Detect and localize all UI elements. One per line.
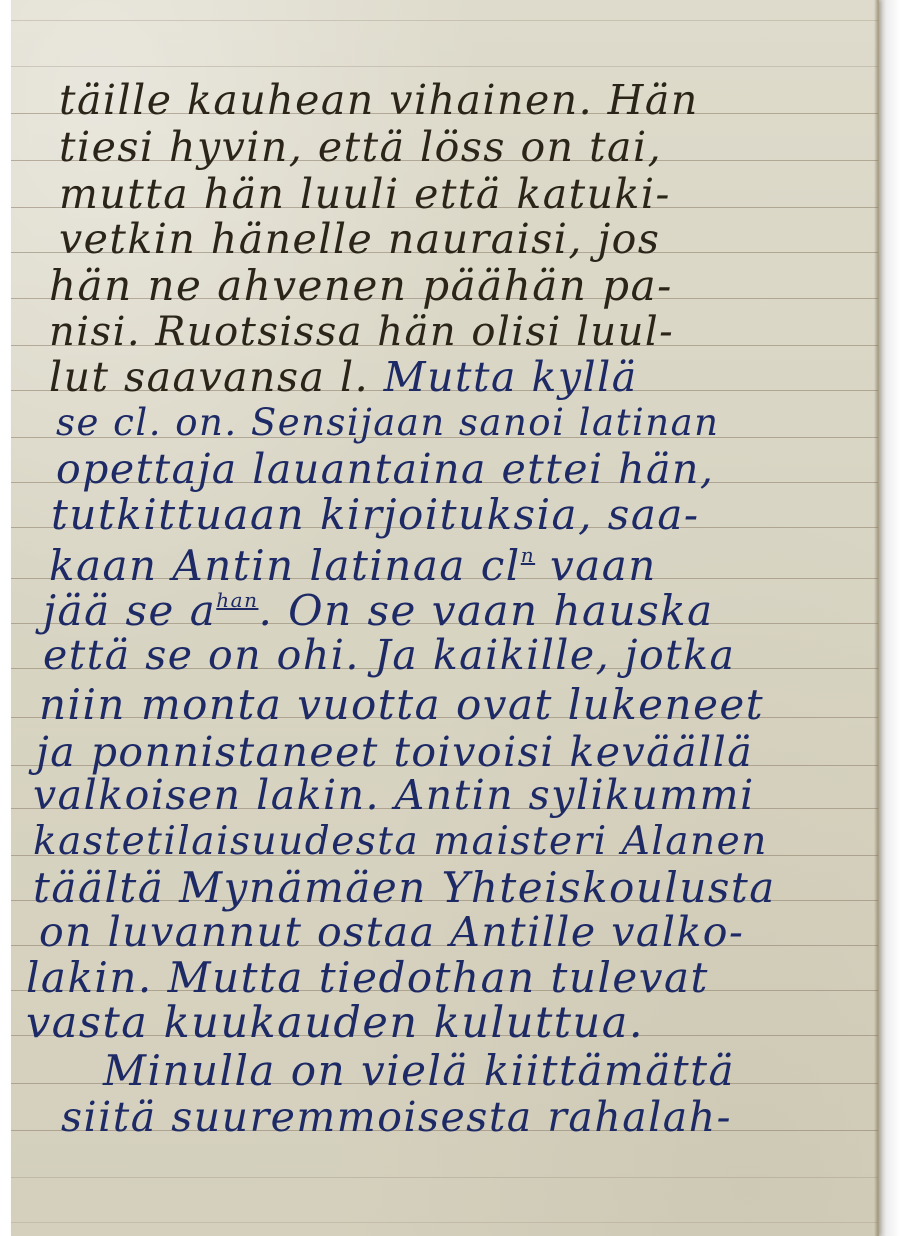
ruled-line <box>11 1222 878 1223</box>
handwritten-line-23: siitä suuremmoisesta rahalah- <box>61 1097 732 1138</box>
handwritten-line-12: jää se ahan. On se vaan hauska <box>43 590 714 632</box>
handwritten-line-2: tiesi hyvin, että löss on tai, <box>59 127 662 168</box>
handwritten-line-19: on luvannut ostaa Antille valko- <box>39 912 744 953</box>
line-12-text-a: jää se a <box>43 586 216 635</box>
handwritten-line-20: lakin. Mutta tiedothan tulevat <box>26 957 709 999</box>
handwritten-line-10: tutkittuaan kirjoituksia, saa- <box>51 494 700 536</box>
handwritten-line-18: täältä Mynämäen Yhteiskoulusta <box>33 867 776 909</box>
ruled-line <box>11 66 878 67</box>
handwritten-line-7: lut saavansa l. Mutta kyllä <box>49 357 638 398</box>
line-7-blue-part: Mutta kyllä <box>384 353 638 401</box>
handwritten-line-22: Minulla on vielä kiittämättä <box>103 1050 735 1092</box>
handwritten-line-15: ja ponnistaneet toivoisi keväällä <box>36 732 753 773</box>
line-7-brown-part: lut saavansa l. <box>49 353 384 401</box>
handwritten-line-6: nisi. Ruotsissa hän olisi luul- <box>49 312 674 352</box>
ruled-line <box>11 1177 878 1178</box>
handwritten-line-5: hän ne ahvenen päähän pa- <box>49 265 673 307</box>
handwritten-line-14: niin monta vuotta ovat lukeneet <box>39 684 764 726</box>
handwritten-line-11: kaan Antin latinaa cln vaan <box>49 545 657 587</box>
scan-background-edge <box>878 0 900 1236</box>
handwritten-line-4: vetkin hänelle nauraisi, jos <box>59 219 660 260</box>
superscript-abbrev: n <box>521 543 535 567</box>
handwritten-line-1: täille kauhean vihainen. Hän <box>59 80 699 121</box>
handwritten-line-13: että se on ohi. Ja kaikille, jotka <box>43 635 735 676</box>
handwritten-line-8: se cl. on. Sensijaan sanoi latinan <box>56 404 720 441</box>
ruled-line <box>11 20 878 21</box>
handwritten-line-17: kastetilaisuudesta maisteri Alanen <box>33 822 768 861</box>
letter-page: täille kauhean vihainen. Hän tiesi hyvin… <box>11 0 878 1236</box>
handwritten-line-21: vasta kuukauden kuluttua. <box>26 1002 644 1045</box>
line-11-text-b: vaan <box>535 541 657 590</box>
handwritten-line-16: valkoisen lakin. Antin sylikummi <box>33 775 755 816</box>
superscript-abbrev: han <box>216 588 258 612</box>
handwritten-line-9: opettaja lauantaina ettei hän, <box>56 449 714 490</box>
handwritten-line-3: mutta hän luuli että katuki- <box>59 174 671 215</box>
line-11-text-a: kaan Antin latinaa cl <box>49 541 521 590</box>
line-12-text-b: . On se vaan hauska <box>258 586 713 635</box>
